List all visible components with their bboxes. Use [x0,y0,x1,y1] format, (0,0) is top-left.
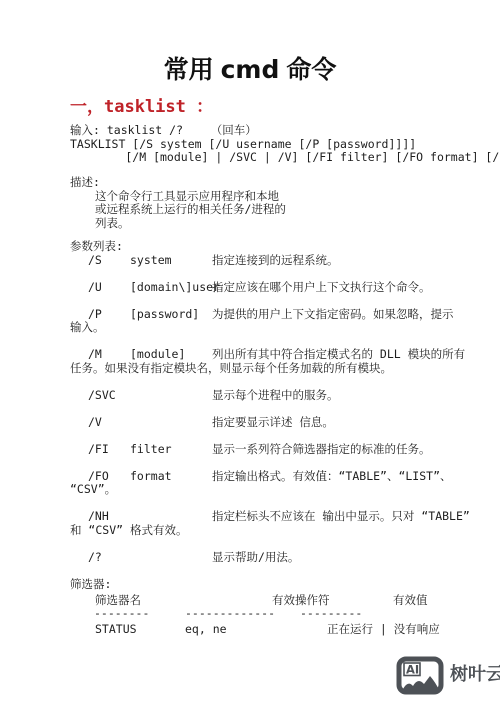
param-desc-cont: 和 “CSV” 格式有效。 [70,524,478,538]
title-text-post: 命令 [286,55,336,84]
title-code-word: cmd [221,55,280,84]
param-row-svc: /SVC 显示每个进程中的服务。 [70,389,478,403]
param-flag: /FO [88,470,109,484]
param-flag: /? [88,551,102,565]
filters-header-name: 筛选器名 [95,594,141,608]
param-flag: /V [88,416,102,430]
param-desc: 指定栏标头不应该在 输出中显示。只对 “TABLE” [212,510,478,524]
param-desc: 显示每个进程中的服务。 [212,389,478,403]
filters-header-operators: 有效操作符 [272,594,330,608]
param-desc-cont: “CSV”。 [70,483,478,497]
param-row-u: /U [domain\]user 指定应该在哪个用户上下文执行这个命令。 [70,281,478,295]
param-row-help: /? 显示帮助/用法。 [70,551,478,565]
param-desc-cont: 任务。如果没有指定模块名，则显示每个任务加载的所有模块。 [70,362,478,376]
param-flag: /M [88,348,102,362]
param-row-fo: /FO format 指定输出格式。有效值：“TABLE”、“LIST”、 “C… [70,470,478,497]
param-desc: 指定要显示详述 信息。 [212,416,478,430]
filters-table-block: 筛选器: 筛选器名 有效操作符 有效值 -------- -----------… [70,578,485,636]
filters-header-values: 有效值 [393,594,428,608]
page-title: 常用cmd命令 [0,52,500,88]
description-block: 描述: 这个命令行工具显示应用程序和本地 或远程系统上运行的相关任务/进程的 列… [70,176,490,230]
params-label: 参数列表: [70,240,478,254]
param-desc: 为提供的用户上下文指定密码。如果忽略，提示 [212,308,478,322]
param-desc: 指定应该在哪个用户上下文执行这个命令。 [212,281,478,295]
param-flag: /NH [88,510,109,524]
param-desc-cont: 输入。 [70,321,478,335]
svg-text:AI: AI [406,662,419,676]
param-value: filter [130,443,172,457]
filters-header-row: 筛选器名 有效操作符 有效值 [70,594,485,608]
watermark-brand-text: 树叶云 [450,655,500,695]
param-desc: 列出所有其中符合指定模式名的 DLL 模块的所有 [212,348,478,362]
param-desc: 指定连接到的远程系统。 [212,254,478,268]
param-value: [domain\]user [130,281,220,295]
param-flag: /P [88,308,102,322]
syntax-line-1: TASKLIST [/S system [/U username [/P [pa… [70,138,495,152]
filters-data-row: STATUS eq, ne 正在运行 | 没有响应 [70,623,485,637]
command-syntax-block: 输入: tasklist /? （回车） TASKLIST [/S system… [70,124,495,165]
param-value: system [130,254,172,268]
divider-dashes: ------------- [185,607,275,621]
param-desc: 显示帮助/用法。 [212,551,478,565]
param-row-v: /V 指定要显示详述 信息。 [70,416,478,430]
param-flag: /S [88,254,102,268]
filters-divider-row: -------- ------------- --------- [70,607,485,621]
description-line: 这个命令行工具显示应用程序和本地 [70,190,490,204]
param-row-nh: /NH 指定栏标头不应该在 输出中显示。只对 “TABLE” 和 “CSV” 格… [70,510,478,537]
param-row-fi: /FI filter 显示一系列符合筛选器指定的标准的任务。 [70,443,478,457]
document-page: 常用cmd命令 一，tasklist ： 输入: tasklist /? （回车… [0,0,500,707]
filter-values-cell: 正在运行 | 没有响应 [327,623,440,637]
divider-dashes: --------- [300,607,362,621]
input-line: 输入: tasklist /? （回车） [70,124,495,138]
param-row-s: /S system 指定连接到的远程系统。 [70,254,478,268]
watermark: AI 树叶云 [396,655,500,695]
title-text-pre: 常用 [164,55,214,84]
ai-image-icon: AI [396,656,444,695]
param-flag: /FI [88,443,109,457]
description-label: 描述: [70,176,490,190]
param-flag: /U [88,281,102,295]
divider-dashes: -------- [94,607,149,621]
param-value: format [130,470,172,484]
param-value: [module] [130,348,185,362]
param-desc: 指定输出格式。有效值：“TABLE”、“LIST”、 [212,470,478,484]
param-desc: 显示一系列符合筛选器指定的标准的任务。 [212,443,478,457]
filters-label: 筛选器: [70,578,485,592]
param-row-m: /M [module] 列出所有其中符合指定模式名的 DLL 模块的所有 任务。… [70,348,478,375]
param-value: [password] [130,308,199,322]
filter-operators-cell: eq, ne [185,623,227,637]
filter-name-cell: STATUS [95,623,137,637]
param-flag: /SVC [88,389,116,403]
parameter-list-block: 参数列表: /S system 指定连接到的远程系统。 /U [domain\]… [70,240,478,578]
param-row-p: /P [password] 为提供的用户上下文指定密码。如果忽略，提示 输入。 [70,308,478,335]
section-heading-tasklist: 一，tasklist ： [70,94,213,120]
description-line: 或远程系统上运行的相关任务/进程的 [70,203,490,217]
description-line: 列表。 [70,217,490,231]
syntax-line-2: [/M [module] | /SVC | /V] [/FI filter] [… [70,151,495,165]
